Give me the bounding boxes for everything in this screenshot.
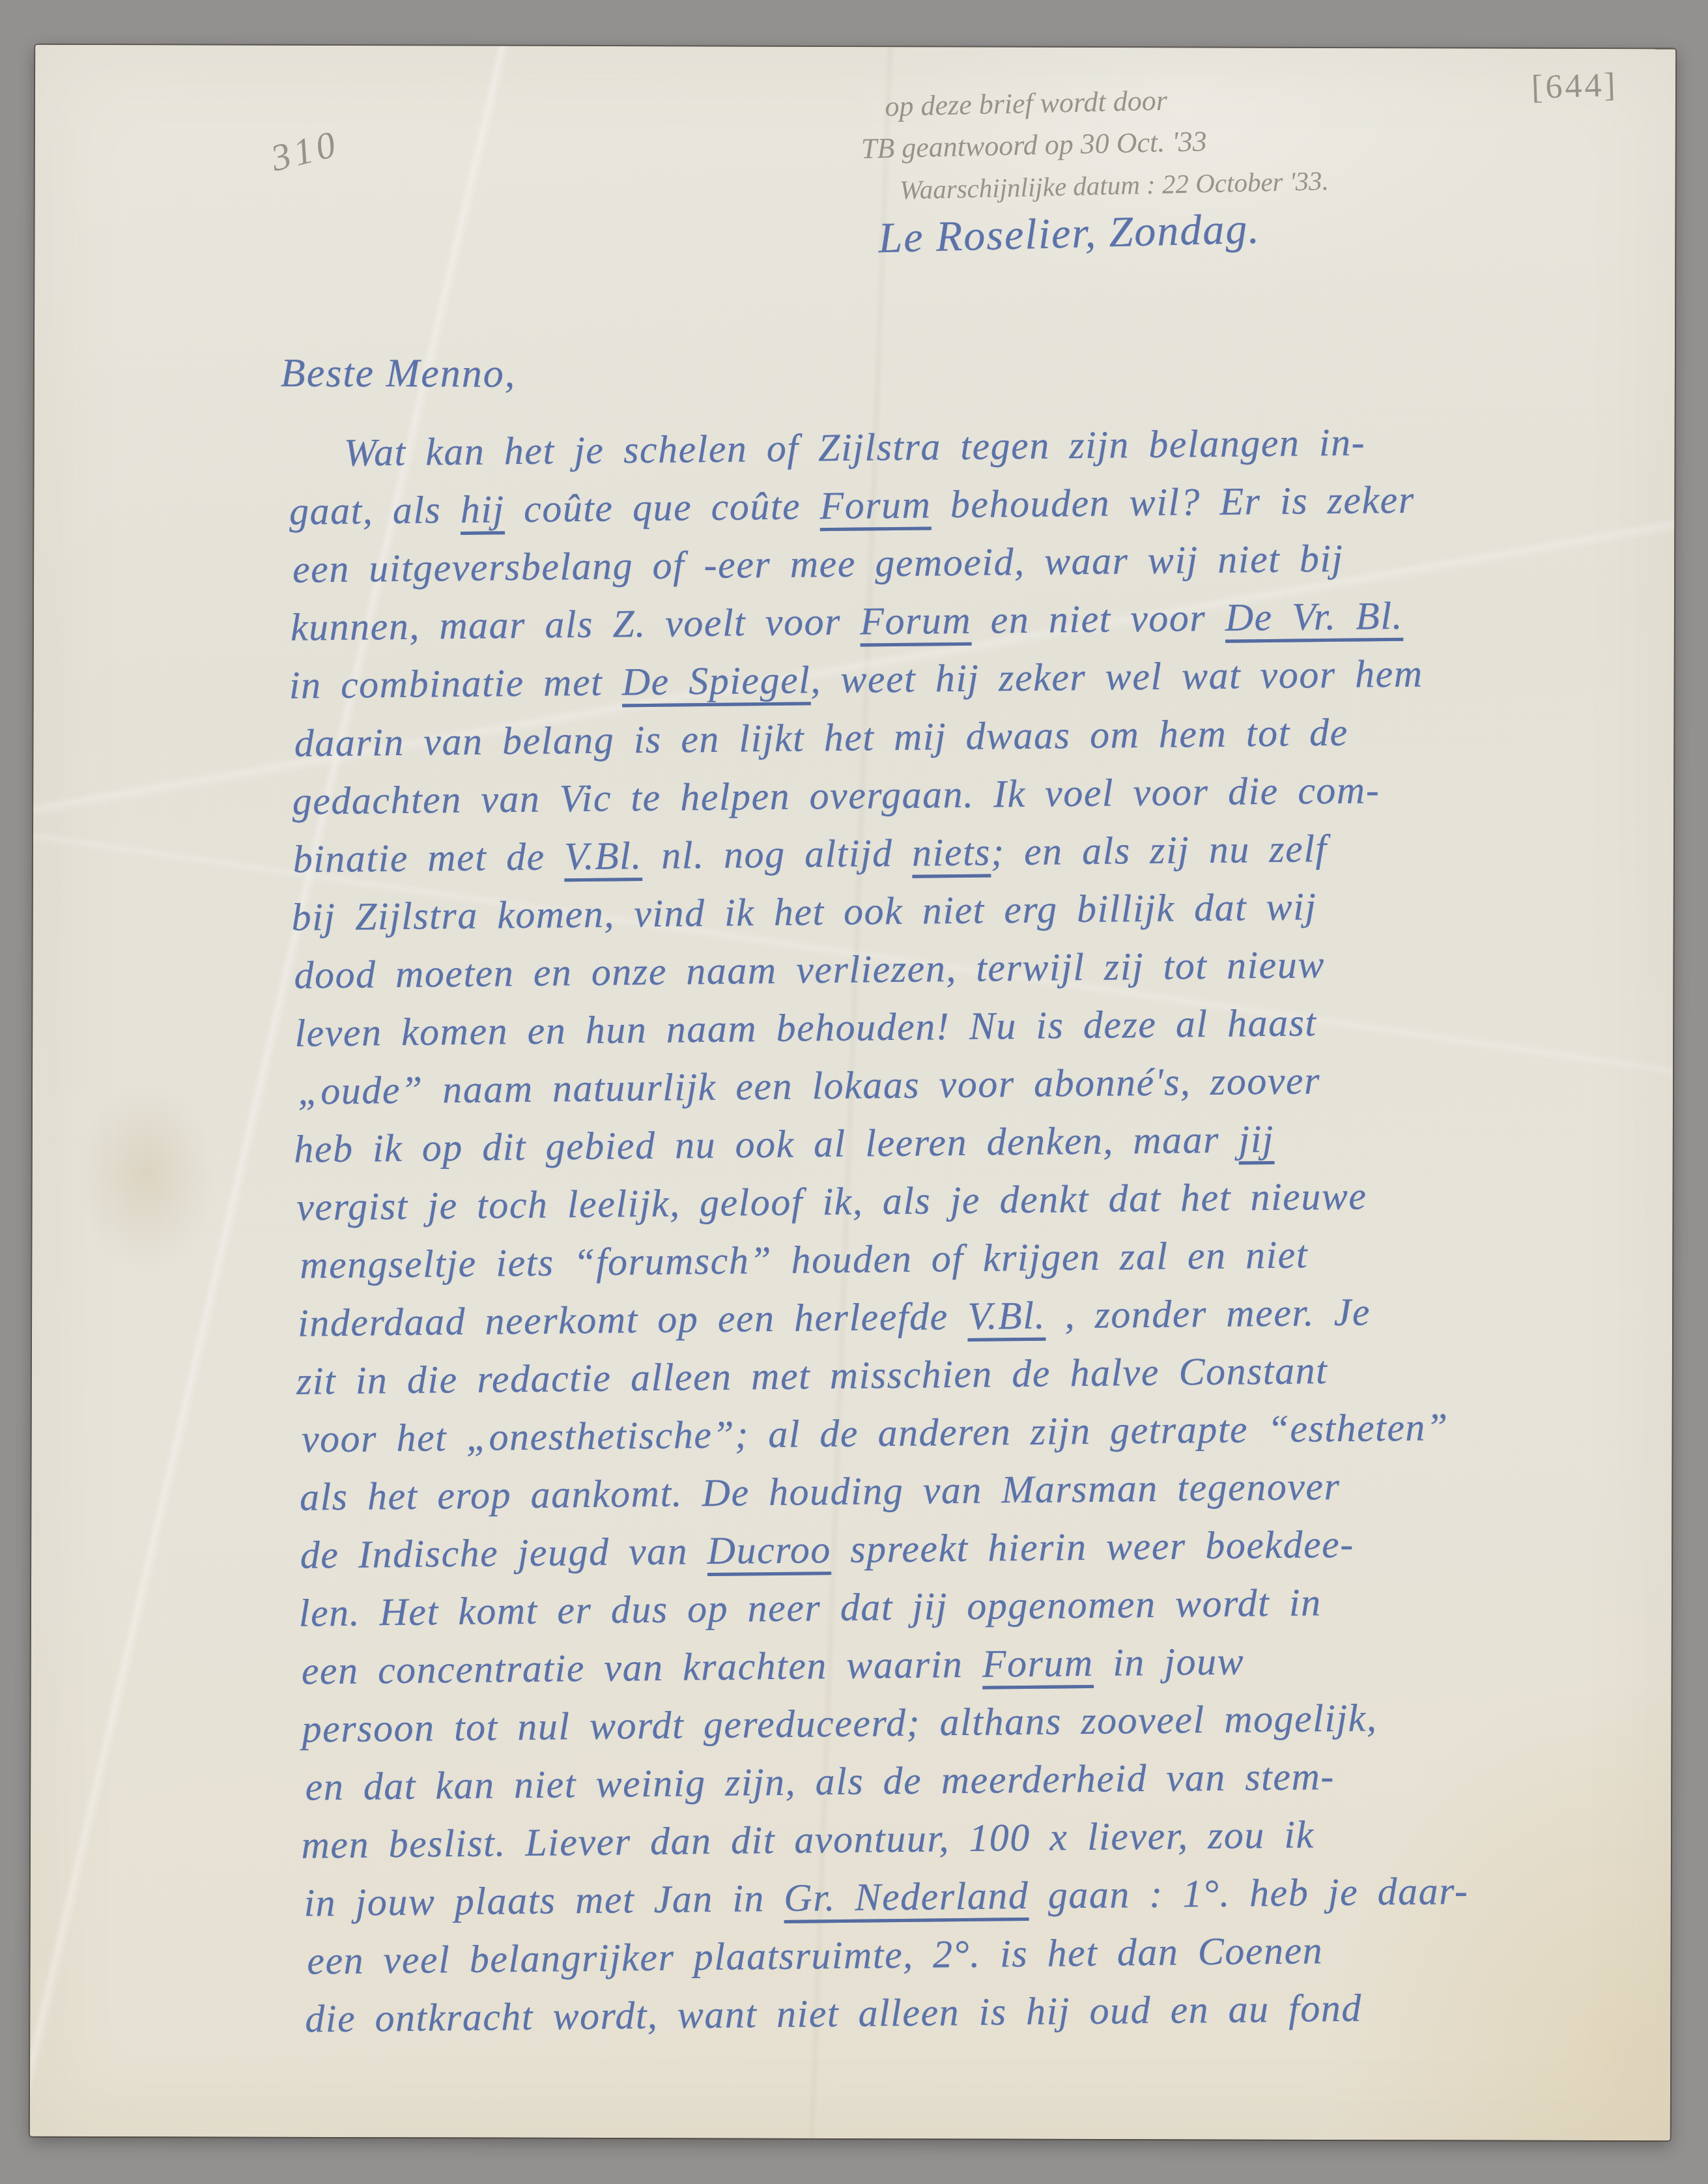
letter-salutation: Beste Menno, [281,351,517,397]
letter-text: een concentratie van krachten waarin [301,1643,982,1693]
letter-text: die ontkracht wordt, want niet alleen is… [305,1987,1362,2041]
underlined-word: Forum [860,599,972,643]
letter-text: daarin van belang is en lijkt het mij dw… [294,711,1348,765]
underlined-word: V.Bl. [967,1294,1046,1338]
pencil-note-line: Waarschijnlijke datum : 22 October '33. [900,160,1330,210]
letter-text: „oude” naam natuurlijk een lokaas voor a… [298,1059,1320,1112]
archive-number-annotation: 310 [266,121,343,180]
letter-text: leven komen en hun naam behouden! Nu is … [294,1001,1317,1054]
underlined-word: niets [912,830,991,874]
letter-text: len. Het komt er dus op neer dat jij opg… [298,1581,1321,1634]
letter-text: als het erop aankomt. De houding van Mar… [300,1465,1341,1519]
letter-text: een veel belangrijker plaatsruimte, 2°. … [307,1929,1323,1982]
underlined-word: Gr. Nederland [784,1874,1029,1919]
letter-text: gedachten van Vic te helpen overgaan. Ik… [292,768,1380,822]
letter-text: de Indische jeugd van [300,1529,707,1577]
letter-text: heb ik op dit gebied nu ook al leeren de… [294,1118,1239,1171]
letter-text: men beslist. Liever dan dit avontuur, 10… [301,1813,1315,1866]
letter-text: gaan : 1°. heb je daar- [1029,1869,1469,1917]
letter-text: gaat, als [289,488,461,533]
underlined-word: hij [460,487,505,531]
underlined-word: jij [1238,1117,1274,1161]
letter-text: spreekt hierin weer boekdee- [831,1523,1354,1571]
letter-text: kunnen, maar als Z. voelt voor [291,600,861,649]
pencil-notes: op deze brief wordt door TB geantwoord o… [860,76,1330,212]
underlined-word: Ducroo [707,1528,831,1572]
letter-text: nl. nog altijd [642,831,912,877]
letter-text: ; en als zij nu zelf [991,827,1328,873]
letter-text: behouden wil? Er is zeker [931,478,1415,526]
letter-text: coûte que coûte [504,484,820,530]
letter-text: in combinatie met [289,660,623,706]
letter-text: binatie met de [292,835,564,880]
underlined-word: De Vr. Bl. [1225,594,1403,639]
letter-body: Wat kan het je schelen of Zijlstra tegen… [289,410,1673,2048]
letter-text: en niet voor [971,596,1225,642]
letter-text: voor het „onesthetische”; al de anderen … [302,1405,1449,1460]
letter-text: dood moeten en onze naam verliezen, terw… [294,943,1325,997]
underlined-word: V.Bl. [564,834,642,878]
letter-text: en dat kan niet weinig zijn, als de meer… [305,1755,1335,1809]
letter-text: , zonder meer. Je [1046,1290,1371,1336]
letter-text: mengseltje iets “forumsch” houden of kri… [300,1233,1308,1286]
letter-text: , weet hij zeker wel wat voor hem [810,652,1423,702]
underlined-word: De Spiegel [621,658,810,703]
letter-text: vergist je toch leelijk, geloof ik, als … [296,1174,1367,1228]
letter-text: inderdaad neerkomt op een herleefde [298,1295,968,1345]
letter-text: persoon tot nul wordt gereduceerd; altha… [302,1696,1377,1750]
letter-page: 310 [644] op deze brief wordt door TB ge… [30,45,1675,2141]
underlined-word: Forum [819,483,932,527]
letter-text: in jouw plaats met Jan in [304,1876,784,1925]
letter-text: Wat kan het je schelen of Zijlstra tegen… [344,420,1366,474]
folio-number-annotation: [644] [1531,66,1618,107]
letter-dateline: Le Roselier, Zondag. [878,204,1261,263]
letter-text: bij Zijlstra komen, vind ik het ook niet… [291,885,1317,938]
letter-text: in jouw [1093,1639,1244,1684]
letter-text: een uitgeversbelang of -eer mee gemoeid,… [292,537,1344,591]
scan-background: { "scan": { "background_color": "#929190… [0,0,1708,2184]
underlined-word: Forum [982,1641,1094,1686]
letter-text: zit in die redactie alleen met misschien… [296,1349,1328,1403]
